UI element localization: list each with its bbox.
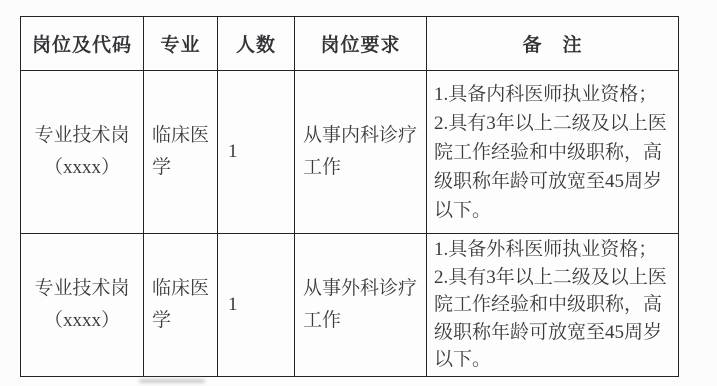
remark-item: 1.具备外科医师执业资格； bbox=[434, 236, 672, 264]
table-header-row: 岗位及代码 专业 人数 岗位要求 备 注 bbox=[21, 17, 679, 71]
header-remarks: 备 注 bbox=[427, 17, 679, 71]
remark-item: 1.具备内科医师执业资格； bbox=[434, 80, 672, 109]
header-position-code: 岗位及代码 bbox=[21, 17, 144, 71]
cell-requirement: 从事外科诊疗工作 bbox=[295, 234, 427, 377]
remark-item: 2.具有3年以上二级及以上医院工作经验和中级职称，高级职称年龄可放宽至45周岁以… bbox=[434, 109, 672, 225]
cell-headcount: 1 bbox=[218, 234, 295, 377]
cell-position-code: 专业技术岗（xxxx） bbox=[21, 234, 144, 377]
header-headcount: 人数 bbox=[218, 17, 295, 71]
recruitment-table: 岗位及代码 专业 人数 岗位要求 备 注 专业技术岗（xxxx） 临床医学 1 … bbox=[20, 16, 679, 377]
document-page: 岗位及代码 专业 人数 岗位要求 备 注 专业技术岗（xxxx） 临床医学 1 … bbox=[0, 0, 717, 386]
cell-position-code: 专业技术岗（xxxx） bbox=[21, 71, 144, 234]
cell-remarks: 1.具备外科医师执业资格； 2.具有3年以上二级及以上医院工作经验和中级职称，高… bbox=[427, 234, 679, 377]
cell-major: 临床医学 bbox=[144, 234, 218, 377]
cell-remarks: 1.具备内科医师执业资格； 2.具有3年以上二级及以上医院工作经验和中级职称，高… bbox=[427, 71, 679, 234]
remark-item: 2.具有3年以上二级及以上医院工作经验和中级职称，高级职称年龄可放宽至45周岁以… bbox=[434, 264, 672, 374]
table-row: 专业技术岗（xxxx） 临床医学 1 从事内科诊疗工作 1.具备内科医师执业资格… bbox=[21, 71, 679, 234]
cell-headcount: 1 bbox=[218, 71, 295, 234]
cell-major: 临床医学 bbox=[144, 71, 218, 234]
cell-requirement: 从事内科诊疗工作 bbox=[295, 71, 427, 234]
header-requirements: 岗位要求 bbox=[295, 17, 427, 71]
header-major: 专业 bbox=[144, 17, 218, 71]
table-row: 专业技术岗（xxxx） 临床医学 1 从事外科诊疗工作 1.具备外科医师执业资格… bbox=[21, 234, 679, 377]
scan-artifact bbox=[139, 379, 205, 383]
